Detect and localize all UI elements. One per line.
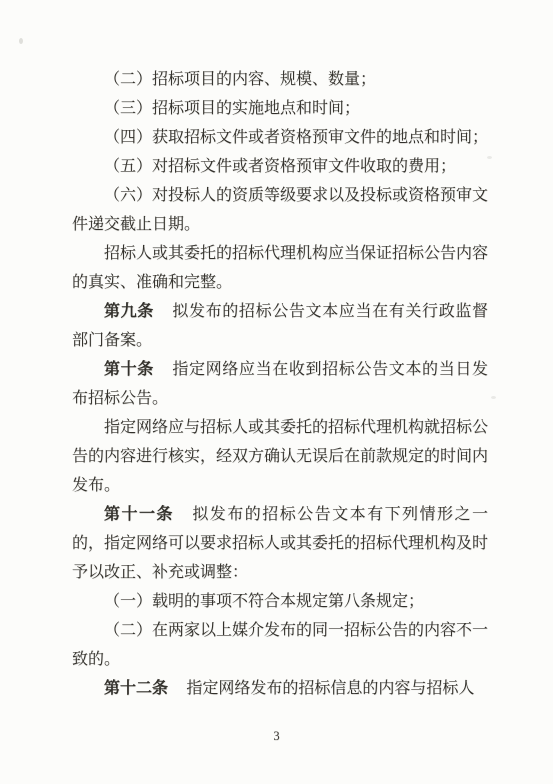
paragraph-text: （一）载明的事项不符合本规定第八条规定；: [104, 593, 424, 610]
paragraph-text: 指定网络应与招标人或其委托的招标代理机构就招标公告的内容进行核实，经双方确认无误…: [72, 419, 488, 494]
list-item: （二）在两家以上媒介发布的同一招标公告的内容不一致的。: [72, 616, 488, 674]
article-number: 第九条: [104, 303, 154, 320]
scanned-document-page: （二）招标项目的内容、规模、数量； （三）招标项目的实施地点和时间； （四）获取…: [0, 0, 553, 784]
paragraph-text: 指定网络发布的招标信息的内容与招标人: [186, 680, 474, 697]
paragraph-text: （六）对投标人的资质等级要求以及投标或资格预审文件递交截止日期。: [72, 187, 488, 233]
paragraph-text: 招标人或其委托的招标代理机构应当保证招标公告内容的真实、准确和完整。: [72, 245, 488, 291]
list-item: （三）招标项目的实施地点和时间；: [72, 94, 488, 123]
list-item: （一）载明的事项不符合本规定第八条规定；: [72, 587, 488, 616]
article-number: 第十条: [104, 361, 154, 378]
document-body: （二）招标项目的内容、规模、数量； （三）招标项目的实施地点和时间； （四）获取…: [72, 65, 488, 703]
paragraph-text: （四）获取招标文件或者资格预审文件的地点和时间；: [104, 129, 488, 146]
list-item: （二）招标项目的内容、规模、数量；: [72, 65, 488, 94]
paragraph: 指定网络应与招标人或其委托的招标代理机构就招标公告的内容进行核实，经双方确认无误…: [72, 413, 488, 500]
list-item: （四）获取招标文件或者资格预审文件的地点和时间；: [72, 123, 488, 152]
scan-speck: [491, 396, 496, 399]
article-paragraph: 第十一条拟发布的招标公告文本有下列情形之一的，指定网络可以要求招标人或其委托的招…: [72, 500, 488, 587]
paragraph: 招标人或其委托的招标代理机构应当保证招标公告内容的真实、准确和完整。: [72, 239, 488, 297]
scan-speck: [19, 38, 23, 44]
paragraph-text: （五）对招标文件或者资格预审文件收取的费用；: [104, 158, 456, 175]
article-paragraph: 第九条拟发布的招标公告文本应当在有关行政监督部门备案。: [72, 297, 488, 355]
list-item: （五）对招标文件或者资格预审文件收取的费用；: [72, 152, 488, 181]
paragraph-text: （三）招标项目的实施地点和时间；: [104, 100, 360, 117]
paragraph-text: （二）招标项目的内容、规模、数量；: [104, 71, 376, 88]
article-paragraph: 第十二条指定网络发布的招标信息的内容与招标人: [72, 674, 488, 703]
paragraph-text: （二）在两家以上媒介发布的同一招标公告的内容不一致的。: [72, 622, 488, 668]
article-paragraph: 第十条指定网络应当在收到招标公告文本的当日发布招标公告。: [72, 355, 488, 413]
article-number: 第十二条: [104, 680, 168, 697]
article-number: 第十一条: [104, 506, 174, 523]
list-item: （六）对投标人的资质等级要求以及投标或资格预审文件递交截止日期。: [72, 181, 488, 239]
page-number: 3: [0, 729, 553, 744]
